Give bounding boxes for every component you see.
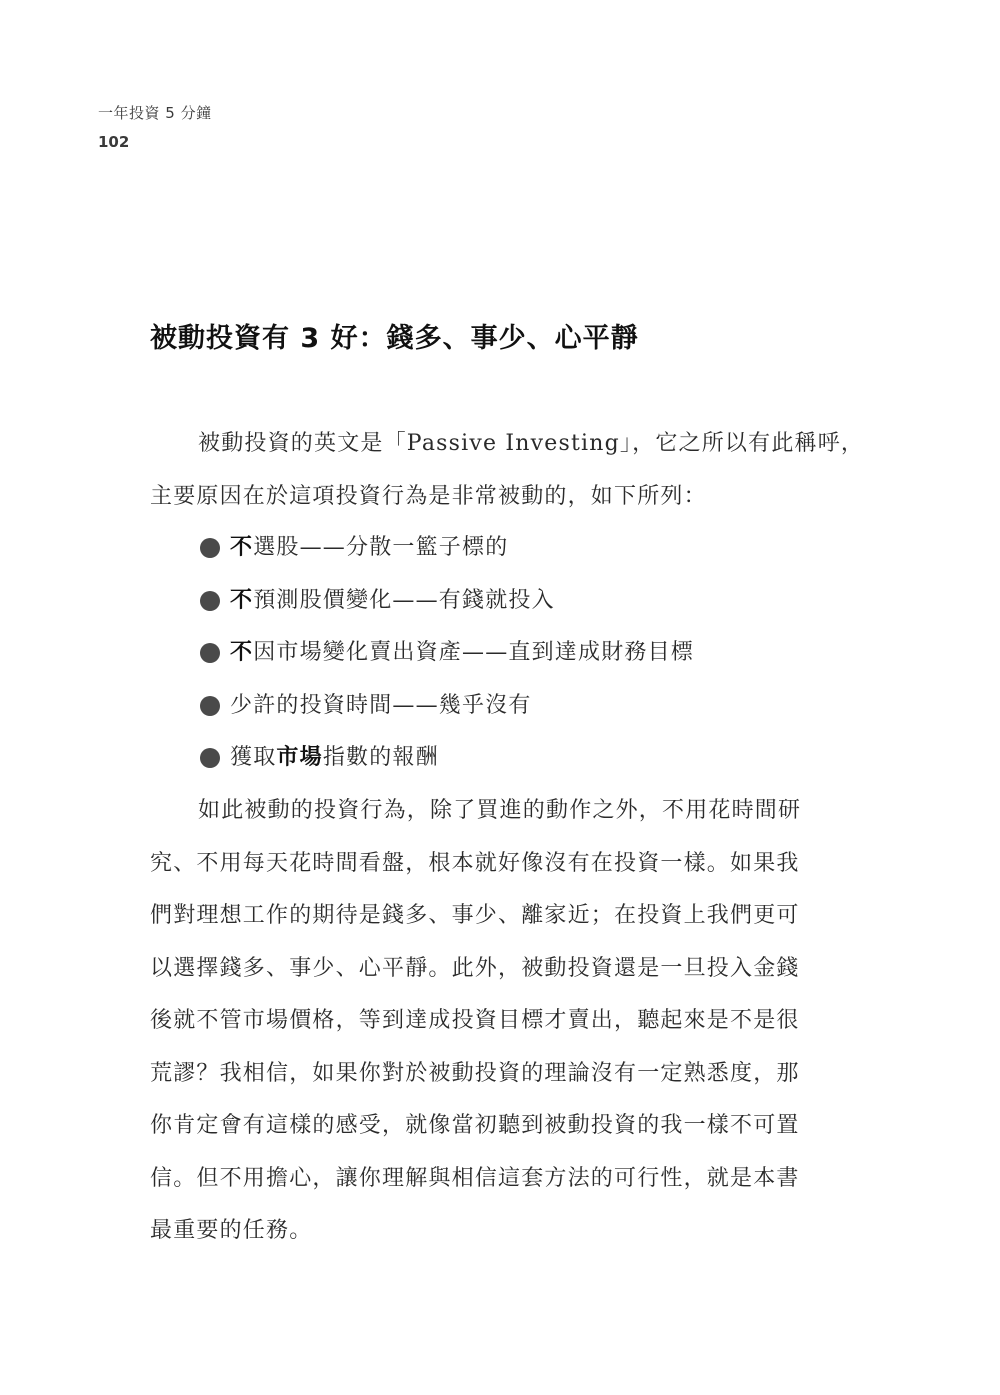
list-item-text: 獲取 (230, 732, 276, 785)
list-item-text-after: 指數的報酬 (323, 732, 439, 785)
text-line: 後就不管市場價格，等到達成投資目標才賣出，聽起來是不是很 (150, 995, 855, 1048)
bold-text: 市場 (276, 732, 322, 785)
intro-paragraph: 被動投資的英文是「Passive Investing」，它之所以有此稱呼， 主要… (150, 418, 855, 523)
bullet-icon (200, 591, 220, 611)
list-item: 少許的投資時間——幾乎沒有 (150, 680, 855, 733)
bullet-icon (200, 748, 220, 768)
bold-text: 不 (230, 522, 253, 575)
bullet-list: 不選股——分散一籃子標的 不預測股價變化——有錢就投入 不因市場變化賣出資產——… (150, 522, 855, 785)
text-line: 們對理想工作的期待是錢多、事少、離家近；在投資上我們更可 (150, 890, 855, 943)
bold-text: 不 (230, 627, 253, 680)
list-item-text: 少許的投資時間——幾乎沒有 (230, 680, 532, 733)
text-line: 你肯定會有這樣的感受，就像當初聽到被動投資的我一樣不可置 (150, 1100, 855, 1153)
text-line: 信。但不用擔心，讓你理解與相信這套方法的可行性，就是本書 (150, 1153, 855, 1206)
list-item-text: 因市場變化賣出資產——直到達成財務目標 (253, 627, 694, 680)
bullet-icon (200, 696, 220, 716)
page-number: 102 (98, 133, 129, 151)
bullet-icon (200, 643, 220, 663)
text-line: 以選擇錢多、事少、心平靜。此外，被動投資還是一旦投入金錢 (150, 943, 855, 996)
text-line: 被動投資的英文是「Passive Investing」，它之所以有此稱呼， (150, 418, 855, 471)
section-title: 被動投資有 3 好：錢多、事少、心平靜 (150, 316, 639, 355)
list-item-text: 預測股價變化——有錢就投入 (253, 575, 555, 628)
text-line: 最重要的任務。 (150, 1205, 855, 1258)
bold-text: 不 (230, 575, 253, 628)
text-line: 荒謬？我相信，如果你對於被動投資的理論沒有一定熟悉度，那 (150, 1048, 855, 1101)
text-line: 主要原因在於這項投資行為是非常被動的，如下所列： (150, 471, 855, 524)
bullet-icon (200, 538, 220, 558)
running-head: 一年投資 5 分鐘 (98, 102, 212, 123)
list-item: 不選股——分散一籃子標的 (150, 522, 855, 575)
body-paragraph: 如此被動的投資行為，除了買進的動作之外，不用花時間研 究、不用每天花時間看盤，根… (150, 785, 855, 1258)
list-item-text: 選股——分散一籃子標的 (253, 522, 508, 575)
list-item: 不因市場變化賣出資產——直到達成財務目標 (150, 627, 855, 680)
list-item: 不預測股價變化——有錢就投入 (150, 575, 855, 628)
text-line: 究、不用每天花時間看盤，根本就好像沒有在投資一樣。如果我 (150, 838, 855, 891)
text-line: 如此被動的投資行為，除了買進的動作之外，不用花時間研 (150, 785, 855, 838)
list-item: 獲取市場指數的報酬 (150, 732, 855, 785)
